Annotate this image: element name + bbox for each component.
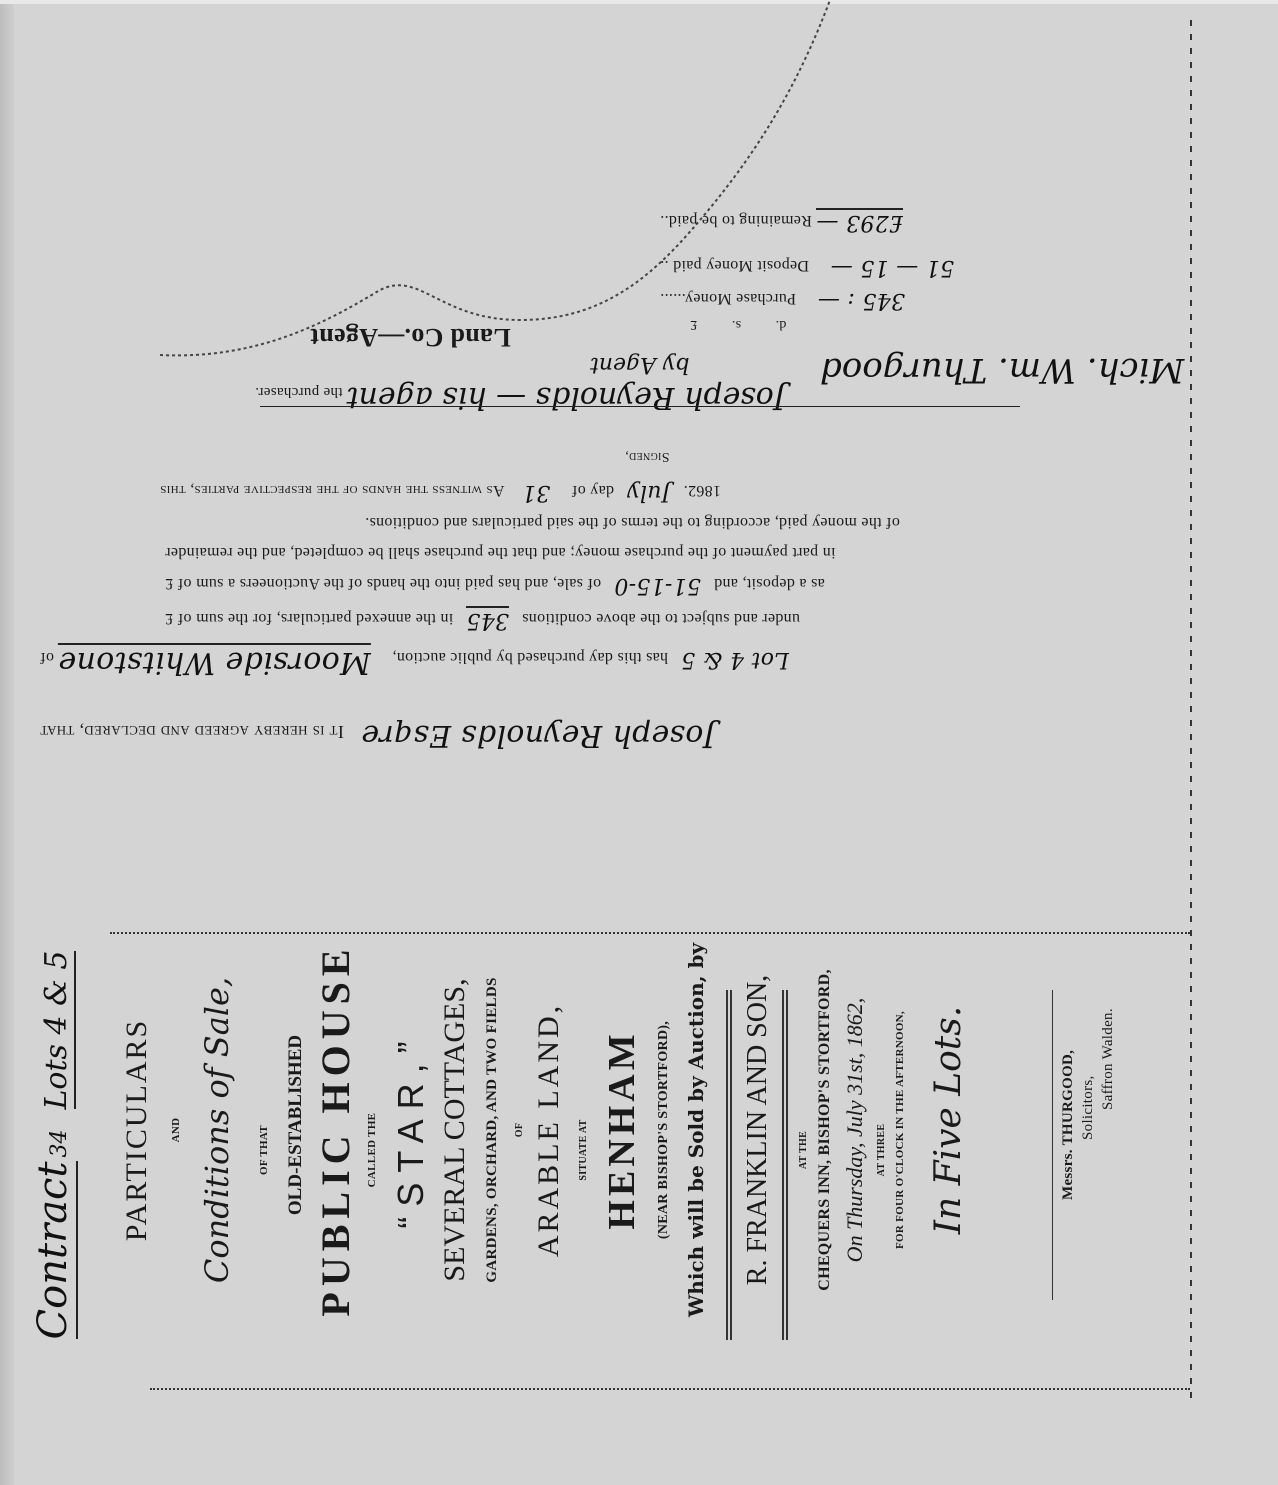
deposit-row: 51 — 15 — Deposit Money paid .. — [660, 255, 954, 280]
purchaser-signature: Joseph Reynolds — his agent — [347, 380, 786, 415]
lots-handwritten-header: Lots 4 & 5 — [39, 951, 76, 1110]
contract-line-1: Lot 4 & 5 has this day purchased by publ… — [40, 645, 789, 680]
contract-handwritten: Contract — [30, 1161, 78, 1339]
line-gardens: GARDENS, ORCHARD, AND TWO FIELDS — [484, 930, 501, 1330]
contract-line-4: in part payment of the purchase money; a… — [165, 543, 836, 561]
title-henham: HENHAM — [600, 930, 644, 1330]
line-near-bishops: (NEAR BISHOP'S STORTFORD), — [656, 930, 672, 1330]
title-arable-land: ARABLE LAND, — [532, 930, 566, 1330]
contract-line-5: of the money paid, according to the term… — [365, 513, 900, 531]
solicitor-role: Solicitors, — [1080, 1030, 1097, 1140]
double-rule-2 — [782, 990, 784, 1340]
line-and: AND — [170, 1080, 182, 1180]
deposit-handwritten: 51-15-0 — [614, 573, 701, 598]
purchase-money-value: 345 : — — [818, 288, 906, 313]
purchase-money-row: 345 : — Purchase Money...... — [660, 288, 905, 313]
deposit-value: 51 — 15 — — [830, 255, 954, 280]
line-chequers-inn: CHEQUERS INN, BISHOP'S STORTFORD, — [816, 930, 834, 1330]
line-sold-by-auction: Which will be Sold by Auction, by — [684, 930, 708, 1330]
remaining-row: £293 — Remaining to be paid.. — [660, 210, 903, 235]
remaining-value: £293 — — [816, 208, 903, 235]
title-five-lots: In Five Lots. — [928, 940, 969, 1300]
solicitor-messrs: Messrs. THURGOOD, — [1060, 980, 1077, 1200]
purchaser-place-handwritten: Moorside Whitstone — [58, 643, 370, 680]
year: 1862. — [683, 482, 721, 499]
witness-line: 1862. July day of 31 As witness the hand… — [160, 480, 721, 505]
title-public-house: PUBLIC HOUSE — [312, 920, 359, 1340]
line-several-cottages: SEVERAL COTTAGES, — [438, 930, 472, 1330]
contract-number: 34 — [47, 1129, 72, 1157]
solicitor-rule — [1052, 990, 1053, 1300]
declaration-line: Joseph Reynolds Esqre It is hereby agree… — [40, 718, 716, 753]
purchaser-label: the purchaser. — [255, 384, 343, 400]
purchase-money-label: Purchase Money...... — [660, 290, 796, 307]
remaining-label: Remaining to be paid.. — [660, 212, 812, 229]
currency-headers: d. s. £ — [690, 316, 786, 332]
witness-text: As witness the hands of the respective p… — [160, 482, 504, 499]
line-at-the: AT THE — [798, 1100, 809, 1200]
purchaser-signature-row: Joseph Reynolds — his agent the purchase… — [255, 380, 786, 415]
bottom-divider — [150, 1388, 1190, 1392]
title-particulars: PARTICULARS — [120, 950, 154, 1310]
signature-underline — [260, 406, 1020, 407]
handwritten-header: Contract 34 Lots 4 & 5 — [30, 930, 76, 1360]
solicitor-place: Saffron Walden. — [1100, 970, 1117, 1110]
line-of: OF — [514, 1080, 525, 1180]
auctioneer-name: R. FRANKLIN AND SON, — [742, 930, 774, 1330]
deposit-label: Deposit Money paid .. — [660, 257, 809, 274]
line-four-oclock: FOR FOUR O'CLOCK IN THE AFTERNOON, — [894, 930, 906, 1330]
purchaser-name-handwritten: Joseph Reynolds Esqre — [361, 718, 716, 753]
double-rule-2b — [786, 990, 788, 1340]
title-star: “STAR,” — [390, 940, 432, 1320]
day-handwritten: 31 — [522, 480, 551, 505]
by-agent-handwritten: by Agent — [590, 352, 690, 377]
double-rule-1 — [726, 990, 728, 1340]
month-handwritten: July — [627, 480, 671, 505]
line-situate-at: SITUATE AT — [578, 1100, 589, 1200]
agent-signature: Mich. Wm. Thurgood — [820, 350, 1184, 390]
double-rule-1b — [730, 990, 732, 1340]
lots-handwritten: Lot 4 & 5 — [681, 647, 789, 672]
sum-handwritten: 345 — [466, 606, 509, 633]
title-conditions: Conditions of Sale, — [198, 950, 236, 1310]
declaration-prefix: It is hereby agreed and declared, that — [40, 722, 344, 742]
agent-label: Land Co.—Agent — [310, 323, 511, 352]
section-divider — [110, 932, 1190, 936]
agent-line: Land Co.—Agent — [310, 322, 511, 352]
line-of-that: OF THAT — [258, 1100, 270, 1200]
line-date: On Thursday, July 31st, 1862, — [842, 930, 868, 1330]
line-at-three: AT THREE — [876, 1100, 887, 1200]
contract-line-2: under and subject to the above condition… — [165, 608, 800, 633]
line-called-the: CALLED THE — [366, 1100, 378, 1200]
line-old-established: OLD-ESTABLISHED — [285, 980, 307, 1270]
contract-line-3: as a deposit, and 51-15-0 of sale, and h… — [165, 573, 825, 598]
signed-label: Signed, — [625, 448, 670, 464]
